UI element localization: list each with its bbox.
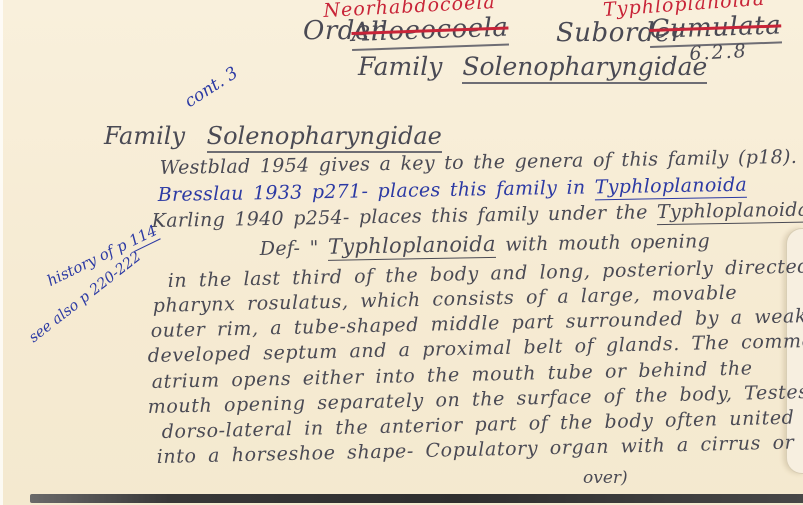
scan-left-edge	[0, 0, 3, 505]
reference-bresslau-taxon: Typhloplanoida	[595, 174, 748, 201]
scanned-index-card: Order Alloeocoela Neorhabdocoela Suborde…	[0, 0, 803, 505]
header-family-label: Family	[358, 52, 442, 81]
over-note: over)	[583, 468, 628, 488]
definition-taxon: Typhloplanoida	[328, 232, 496, 261]
family-heading: Family Solenopharyngidae	[104, 122, 442, 150]
catalog-number: 6.2.8	[689, 40, 748, 65]
header-family-name: Solenopharyngidae	[462, 52, 707, 84]
header-family-line: Family Solenopharyngidae	[358, 52, 707, 81]
card-bottom-shadow	[30, 494, 803, 503]
family-heading-name: Solenopharyngidae	[207, 122, 442, 153]
definition-suffix: with mouth opening	[496, 230, 711, 256]
reference-karling-taxon: Typhloplanoida	[657, 199, 803, 226]
family-heading-label: Family	[104, 122, 185, 150]
definition-prefix: Def- "	[260, 237, 329, 260]
